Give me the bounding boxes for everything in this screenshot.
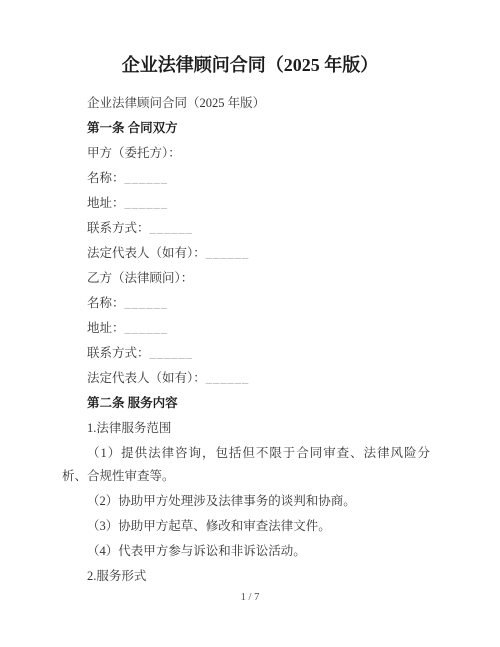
party-a-address-line: 地址：______ — [62, 192, 430, 215]
party-a-representative-line: 法定代表人（如有）：______ — [62, 242, 430, 265]
fill-in-blank: ______ — [125, 196, 169, 210]
party-b-representative-line: 法定代表人（如有）：______ — [62, 367, 430, 390]
party-b-address-line: 地址：______ — [62, 317, 430, 340]
intro-line: 企业法律顾问合同（2025 年版） — [62, 92, 430, 115]
field-label-name: 名称： — [87, 296, 125, 310]
document-body: 企业法律顾问合同（2025 年版） 第一条 合同双方 甲方（委托方）： 名称：_… — [0, 92, 500, 588]
field-label-address: 地址： — [87, 321, 125, 335]
party-b-name-line: 名称：______ — [62, 292, 430, 315]
service-item-2: （2）协助甲方处理涉及法律事务的谈判和协商。 — [62, 490, 430, 513]
service-item-3: （3）协助甲方起草、修改和审查法律文件。 — [62, 515, 430, 538]
fill-in-blank: ______ — [150, 221, 194, 235]
section-heading-services: 第二条 服务内容 — [62, 392, 430, 415]
fill-in-blank: ______ — [206, 246, 250, 260]
fill-in-blank: ______ — [150, 346, 194, 360]
field-label-contact: 联系方式： — [87, 221, 150, 235]
field-label-address: 地址： — [87, 196, 125, 210]
party-b-line: 乙方（法律顾问）： — [62, 267, 430, 290]
field-label-name: 名称： — [87, 171, 125, 185]
service-scope-line: 1.法律服务范围 — [62, 417, 430, 440]
fill-in-blank: ______ — [125, 296, 169, 310]
field-label-representative: 法定代表人（如有）： — [87, 371, 206, 385]
field-label-contact: 联系方式： — [87, 346, 150, 360]
document-title: 企业法律顾问合同（2025 年版） — [0, 52, 500, 78]
fill-in-blank: ______ — [206, 371, 250, 385]
fill-in-blank: ______ — [125, 171, 169, 185]
field-label-representative: 法定代表人（如有）： — [87, 246, 206, 260]
service-item-1: （1）提供法律咨询，包括但不限于合同审查、法律风险分析、合规性审查等。 — [62, 442, 430, 488]
service-item-4: （4）代表甲方参与诉讼和非诉讼活动。 — [62, 540, 430, 563]
party-a-contact-line: 联系方式：______ — [62, 217, 430, 240]
fill-in-blank: ______ — [125, 321, 169, 335]
service-form-line: 2.服务形式 — [62, 565, 430, 588]
page-number-indicator: 1 / 7 — [0, 591, 500, 605]
contract-document-page: 企业法律顾问合同（2025 年版） 企业法律顾问合同（2025 年版） 第一条 … — [0, 0, 500, 647]
party-a-line: 甲方（委托方）： — [62, 142, 430, 165]
section-heading-parties: 第一条 合同双方 — [62, 117, 430, 140]
party-a-name-line: 名称：______ — [62, 167, 430, 190]
party-b-contact-line: 联系方式：______ — [62, 342, 430, 365]
